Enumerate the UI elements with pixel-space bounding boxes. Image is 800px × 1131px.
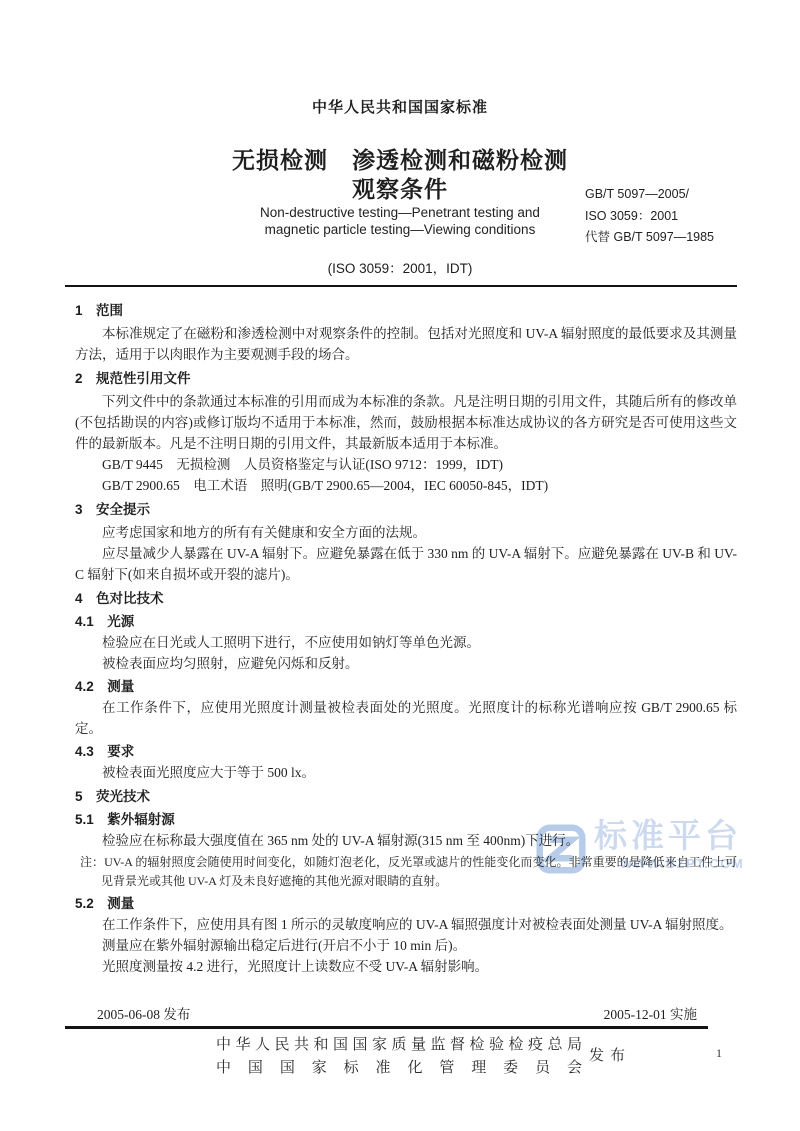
paragraph: 光照度测量按 4.2 进行，光照度计上读数应不受 UV-A 辐射影响。 bbox=[75, 956, 737, 977]
clause-heading: 4 色对比技术 bbox=[75, 588, 737, 609]
subclause-heading: 4.2 测量 bbox=[75, 676, 737, 697]
paragraph: 被检表面应均匀照射，应避免闪烁和反射。 bbox=[75, 653, 737, 674]
document-body: 1 范围 本标准规定了在磁粉和渗透检测中对观察条件的控制。包括对光照度和 UV-… bbox=[75, 297, 737, 977]
standard-number: GB/T 5097—2005/ bbox=[585, 184, 755, 206]
reference-item: GB/T 2900.65 电工术语 照明(GB/T 2900.65—2004，I… bbox=[75, 475, 737, 496]
clause-heading: 2 规范性引用文件 bbox=[75, 368, 737, 389]
english-title: Non-destructive testing—Penetrant testin… bbox=[0, 204, 800, 238]
header-divider bbox=[65, 285, 737, 287]
publish-label: 发布 bbox=[589, 1044, 631, 1065]
footer-divider bbox=[65, 1026, 708, 1029]
english-title-line1: Non-destructive testing—Penetrant testin… bbox=[0, 204, 800, 221]
english-title-line2: magnetic particle testing—Viewing condit… bbox=[0, 221, 800, 238]
iso-equivalence-note: (ISO 3059：2001，IDT) bbox=[0, 257, 800, 277]
paragraph: 测量应在紫外辐射源输出稳定后进行(开启不小于 10 min 后)。 bbox=[75, 935, 737, 956]
issuer-line1: 中华人民共和国国家质量监督检验检疫总局 bbox=[216, 1034, 582, 1057]
clause-heading: 3 安全提示 bbox=[75, 499, 737, 520]
paragraph: 下列文件中的条款通过本标准的引用而成为本标准的条款。凡是注明日期的引用文件，其随… bbox=[75, 391, 737, 454]
implementation-date: 2005-12-01 实施 bbox=[604, 1003, 697, 1023]
paragraph: 检验应在日光或人工照明下进行，不应使用如钠灯等单色光源。 bbox=[75, 632, 737, 653]
paragraph: 本标准规定了在磁粉和渗透检测中对观察条件的控制。包括对光照度和 UV-A 辐射照… bbox=[75, 323, 737, 365]
paragraph: 应尽量减少人暴露在 UV-A 辐射下。应避免暴露在低于 330 nm 的 UV-… bbox=[75, 543, 737, 585]
subclause-heading: 5.2 测量 bbox=[75, 893, 737, 914]
document-page: 标准平台 WWW.BZPT.COM 中华人民共和国国家标准 无损检测 渗透检测和… bbox=[0, 0, 800, 1131]
paragraph: 应考虑国家和地方的所有有关健康和安全方面的法规。 bbox=[75, 522, 737, 543]
subclause-heading: 5.1 紫外辐射源 bbox=[75, 809, 737, 830]
clause-heading: 1 范围 bbox=[75, 300, 737, 321]
paragraph: 被检表面光照度应大于等于 500 lx。 bbox=[75, 762, 737, 783]
reference-item: GB/T 9445 无损检测 人员资格鉴定与认证(ISO 9712：1999，I… bbox=[75, 454, 737, 475]
note-paragraph: 注：UV-A 的辐射照度会随使用时间变化，如随灯泡老化，反光罩或滤片的性能变化而… bbox=[80, 853, 737, 891]
paragraph: 在工作条件下，应使用光照度计测量被检表面处的光照度。光照度计的标称光谱响应按 G… bbox=[75, 697, 737, 739]
issuer-block: 中华人民共和国国家质量监督检验检疫总局 中国国家标准化管理委员会 bbox=[216, 1034, 582, 1080]
national-standard-label: 中华人民共和国国家标准 bbox=[0, 96, 800, 117]
clause-heading: 5 荧光技术 bbox=[75, 786, 737, 807]
subclause-heading: 4.3 要求 bbox=[75, 741, 737, 762]
issuer-line2: 中国国家标准化管理委员会 bbox=[216, 1057, 582, 1080]
subclause-heading: 4.1 光源 bbox=[75, 611, 737, 632]
page-number: 1 bbox=[716, 1046, 722, 1061]
paragraph: 在工作条件下，应使用具有图 1 所示的灵敏度响应的 UV-A 辐照强度计对被检表… bbox=[75, 914, 737, 935]
paragraph: 检验应在标称最大强度值在 365 nm 处的 UV-A 辐射源(315 nm 至… bbox=[75, 830, 737, 851]
issue-date: 2005-06-08 发布 bbox=[97, 1003, 190, 1023]
